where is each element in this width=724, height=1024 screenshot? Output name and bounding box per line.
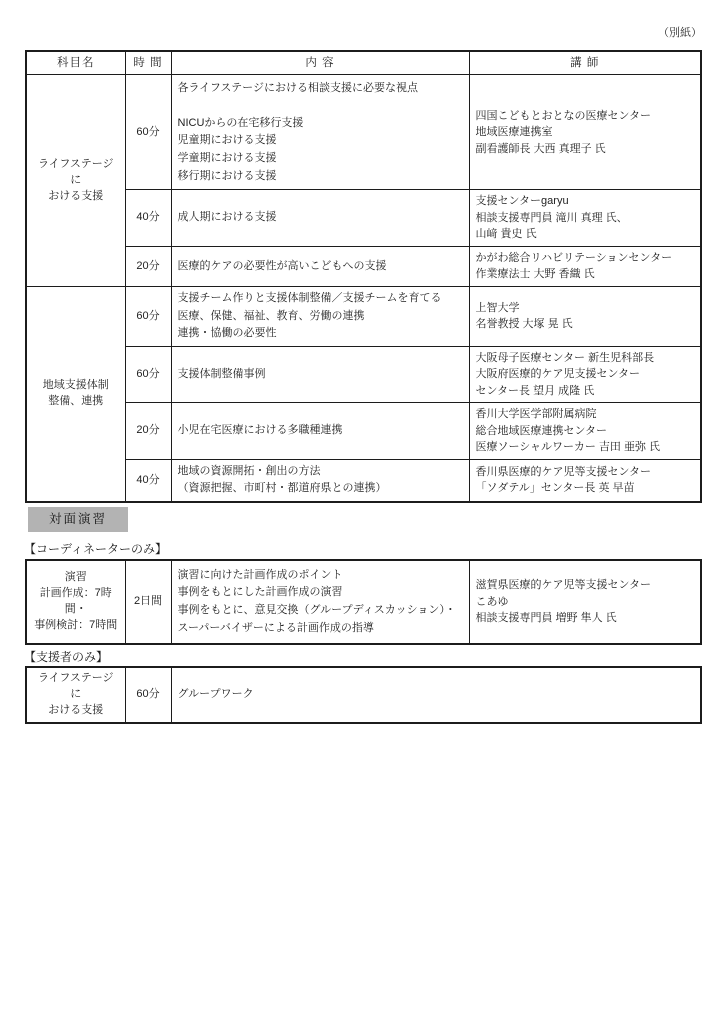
table-row: 40分 成人期における支援 支援センターgaryu 相談支援専門員 滝川 真理 … [26, 190, 701, 247]
lecturer-cell: 大阪母子医療センター 新生児科部長 大阪府医療的ケア児支援センター センター長 … [469, 346, 701, 403]
table-row: ライフステージに おける支援 60分 グループワーク [26, 667, 701, 723]
content-cell: 医療的ケアの必要性が高いこどもへの支援 [171, 246, 469, 286]
header-lecturer-cell: 講 師 [469, 51, 701, 75]
lecturer-cell: 上智大学 名誉教授 大塚 晃 氏 [469, 286, 701, 346]
coordinator-table: 演習 計画作成：7時間・ 事例検討：7時間 2日間 演習に向けた計画作成のポイン… [25, 559, 702, 645]
time-cell: 60分 [125, 75, 171, 190]
lecturer-cell: 滋賀県医療的ケア児等支援センター こあゆ 相談支援専門員 増野 隼人 氏 [469, 560, 701, 644]
lecturer-cell: 香川県医療的ケア児等支援センター 「ソダテル」センター長 英 早苗 [469, 459, 701, 502]
corner-note: （別紙） [658, 24, 702, 40]
content-cell: 各ライフステージにおける相談支援に必要な視点 NICUからの在宅移行支援 児童期… [171, 75, 469, 190]
table-row: ライフステージに おける支援 60分 各ライフステージにおける相談支援に必要な視… [26, 75, 701, 190]
table-row: 60分 支援体制整備事例 大阪母子医療センター 新生児科部長 大阪府医療的ケア児… [26, 346, 701, 403]
table-row: 20分 小児在宅医療における多職種連携 香川大学医学部附属病院 総合地域医療連携… [26, 403, 701, 460]
table-row: 地域支援体制 整備、連携 60分 支援チーム作りと支援体制整備／支援チームを育て… [26, 286, 701, 346]
table-header-row: 科目名 時 間 内 容 講 師 [26, 51, 701, 75]
header-content-cell: 内 容 [171, 51, 469, 75]
document-page: （別紙） 科目名 時 間 内 容 講 師 ライフステージに おける支援 60分 … [0, 0, 724, 1024]
supporter-only-heading: 【支援者のみ】 [24, 648, 108, 665]
header-subject-cell: 科目名 [26, 51, 125, 75]
lecturer-cell: かがわ総合リハビリテーションセンター 作業療法士 大野 香織 氏 [469, 246, 701, 286]
table-row: 40分 地域の資源開拓・創出の方法 （資源把握、市町村・都道府県との連携） 香川… [26, 459, 701, 502]
time-cell: 40分 [125, 459, 171, 502]
subject-cell: 演習 計画作成：7時間・ 事例検討：7時間 [26, 560, 125, 644]
subject-cell: ライフステージに おける支援 [26, 75, 125, 287]
inperson-practice-badge: 対面演習 [28, 507, 128, 532]
content-cell: 地域の資源開拓・創出の方法 （資源把握、市町村・都道府県との連携） [171, 459, 469, 502]
time-cell: 60分 [125, 346, 171, 403]
subject-cell: 地域支援体制 整備、連携 [26, 286, 125, 502]
header-time-cell: 時 間 [125, 51, 171, 75]
time-cell: 60分 [125, 286, 171, 346]
lecturer-cell: 支援センターgaryu 相談支援専門員 滝川 真理 氏、 山﨑 貴史 氏 [469, 190, 701, 247]
time-cell: 2日間 [125, 560, 171, 644]
content-cell: グループワーク [171, 667, 701, 723]
coordinator-only-heading: 【コーディネーターのみ】 [24, 540, 167, 557]
content-cell: 成人期における支援 [171, 190, 469, 247]
lecturer-cell: 香川大学医学部附属病院 総合地域医療連携センター 医療ソーシャルワーカー 吉田 … [469, 403, 701, 460]
time-cell: 60分 [125, 667, 171, 723]
time-cell: 40分 [125, 190, 171, 247]
content-cell: 演習に向けた計画作成のポイント 事例をもとにした計画作成の演習 事例をもとに、意… [171, 560, 469, 644]
time-cell: 20分 [125, 403, 171, 460]
curriculum-table: 科目名 時 間 内 容 講 師 ライフステージに おける支援 60分 各ライフス… [25, 50, 702, 503]
supporter-table: ライフステージに おける支援 60分 グループワーク [25, 666, 702, 724]
table-row: 20分 医療的ケアの必要性が高いこどもへの支援 かがわ総合リハビリテーションセン… [26, 246, 701, 286]
table-row: 演習 計画作成：7時間・ 事例検討：7時間 2日間 演習に向けた計画作成のポイン… [26, 560, 701, 644]
subject-cell: ライフステージに おける支援 [26, 667, 125, 723]
lecturer-cell: 四国こどもとおとなの医療センター 地域医療連携室 副看護師長 大西 真理子 氏 [469, 75, 701, 190]
content-cell: 小児在宅医療における多職種連携 [171, 403, 469, 460]
content-cell: 支援体制整備事例 [171, 346, 469, 403]
content-cell: 支援チーム作りと支援体制整備／支援チームを育てる 医療、保健、福祉、教育、労働の… [171, 286, 469, 346]
time-cell: 20分 [125, 246, 171, 286]
